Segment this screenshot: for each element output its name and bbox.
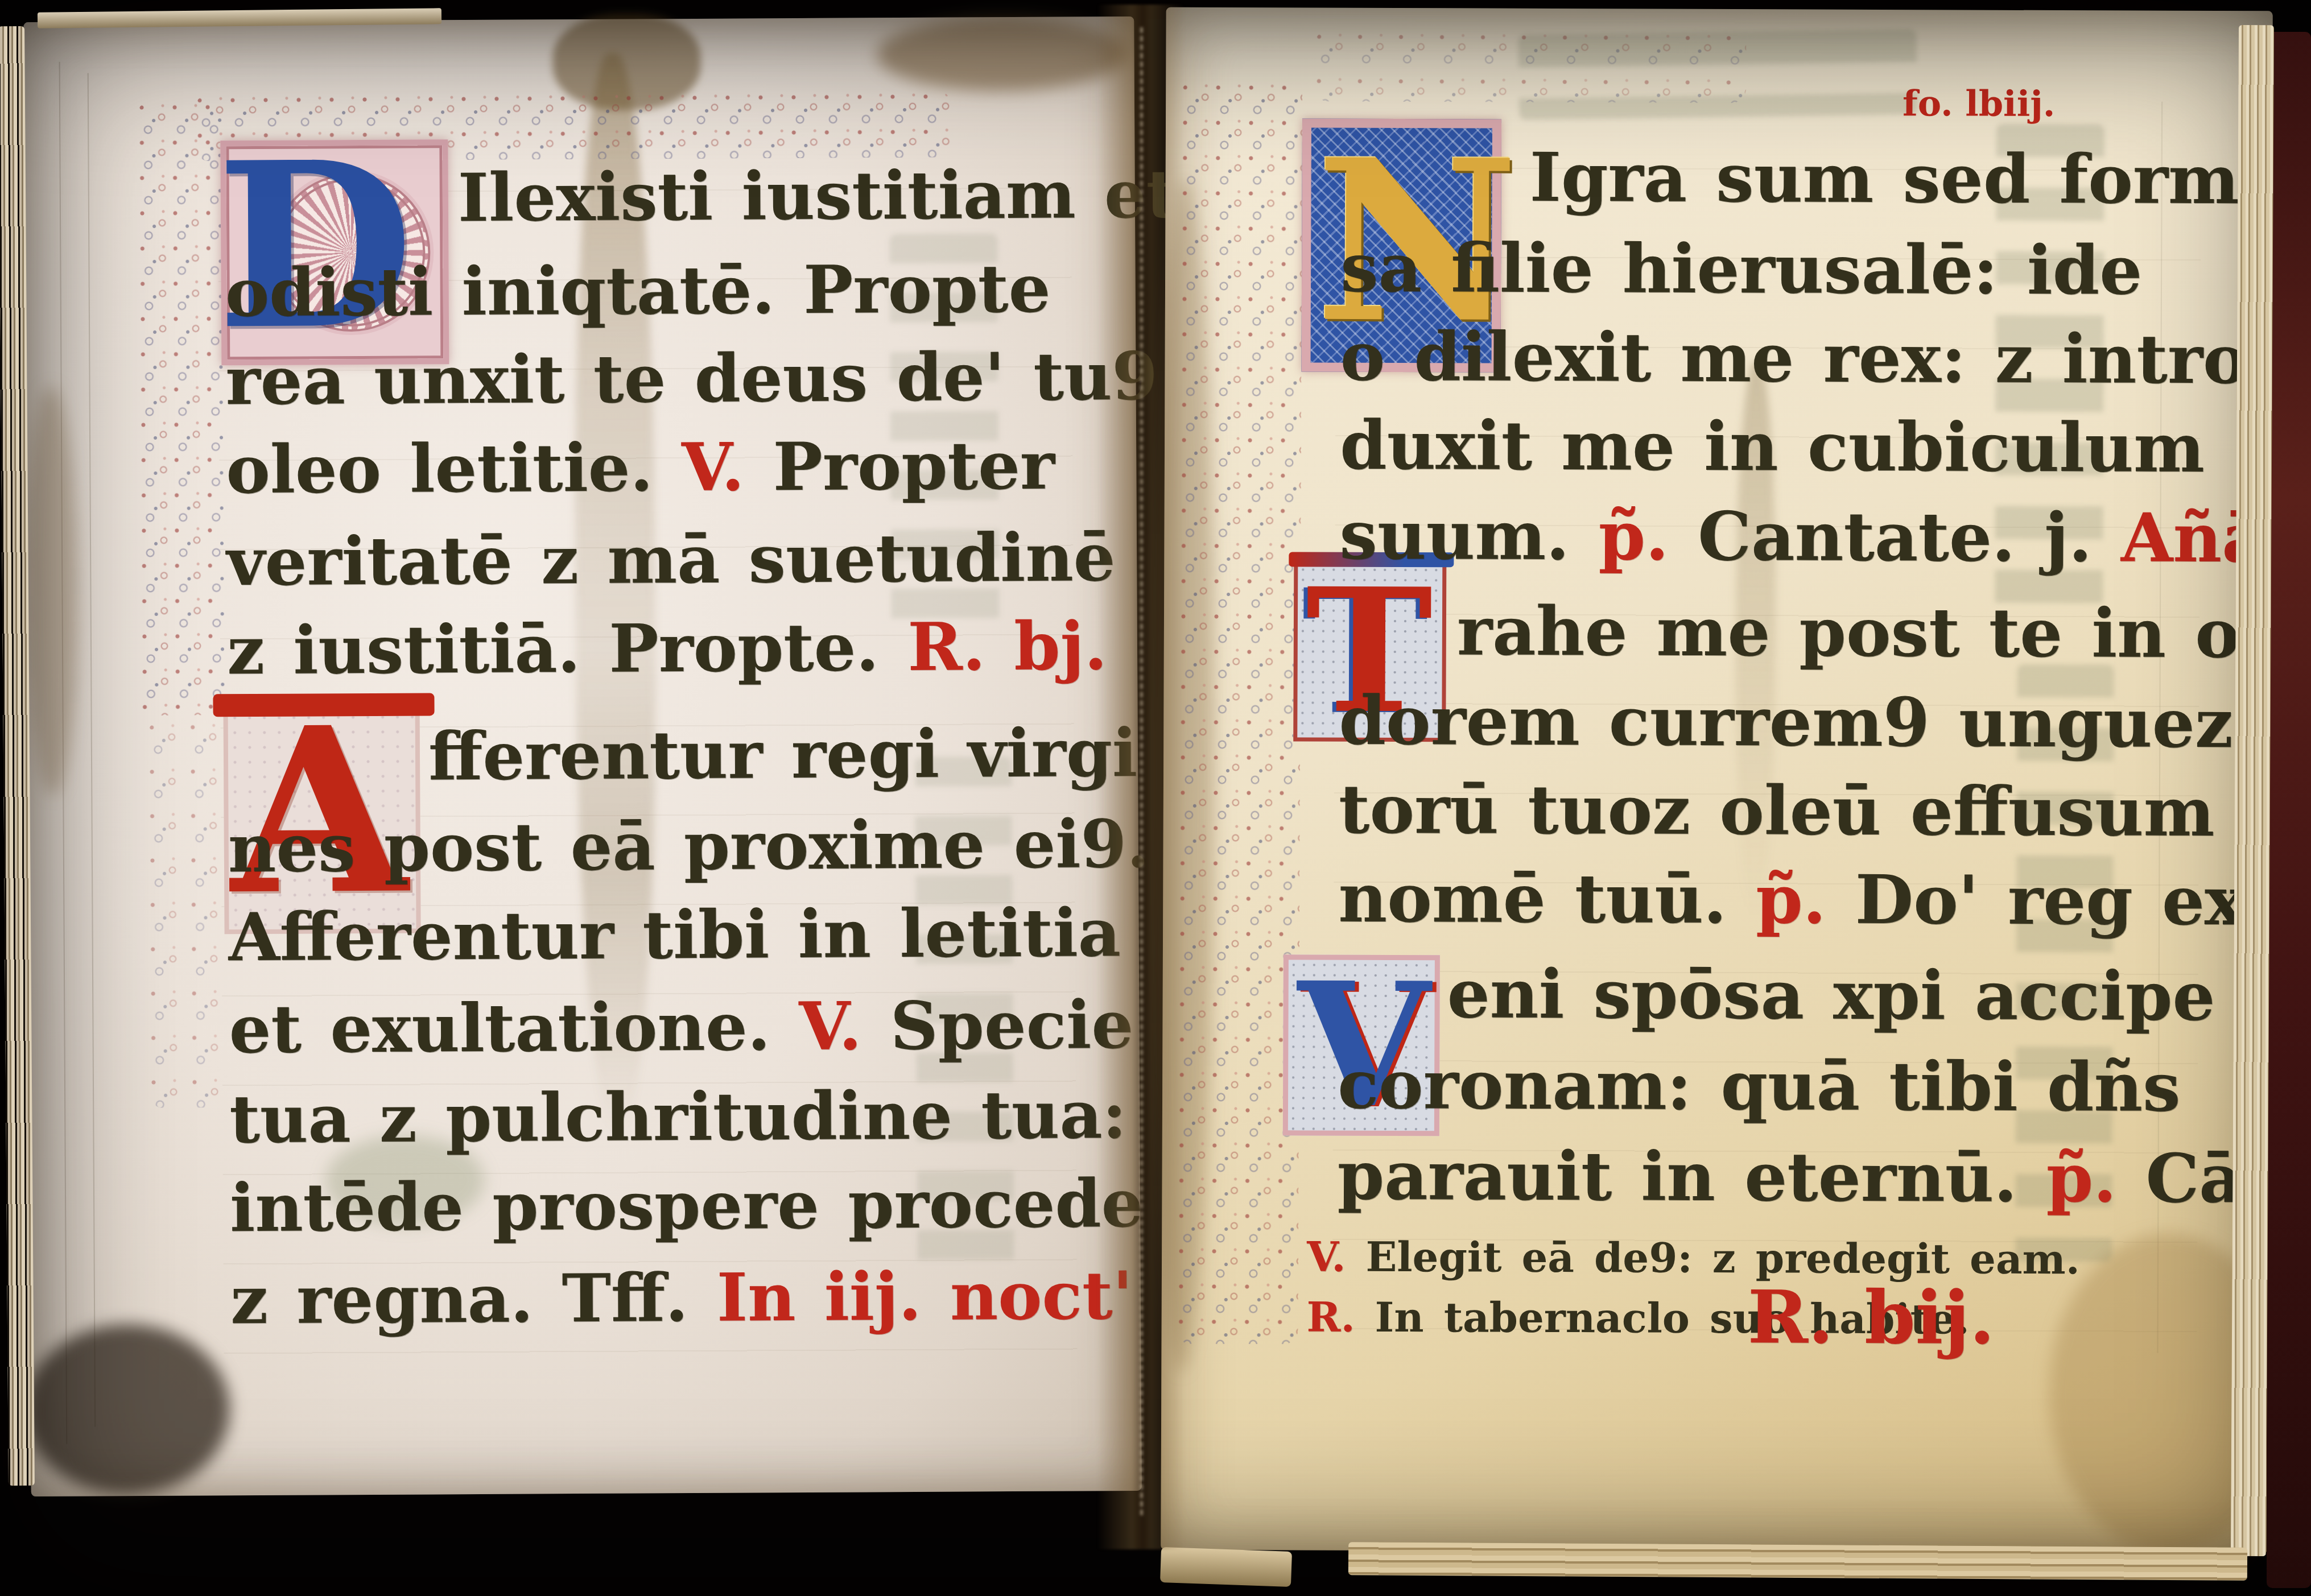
text-segment: Do' reg ex. xyxy=(1826,860,2297,941)
text-line: nes post eā proxime ei9. xyxy=(228,808,1150,886)
text-segment: Cantate. j. xyxy=(1669,497,2121,577)
text-segment: z iustitiā. Propte. xyxy=(227,609,908,689)
psalm-mark: p̃. xyxy=(2046,1138,2116,1217)
text-line: oleo letitie. V. Propter xyxy=(226,430,1055,507)
text-segment: veritatē z mā suetudinē xyxy=(226,519,1116,601)
versicle-mark: V. xyxy=(682,429,745,507)
stain xyxy=(26,386,79,796)
text-segment: oleo letitie. xyxy=(226,429,682,508)
text-line: duxit me in cubiculum xyxy=(1340,408,2205,485)
text-segment: eni spōsa xpi accipe xyxy=(1447,954,2215,1036)
page-stack-edge-bottom-center xyxy=(1160,1547,1292,1587)
versicle-line: V. Elegit eā de9: z predegit eam. xyxy=(1307,1234,2080,1281)
text-segment: dorem currem9 unguez xyxy=(1339,681,2233,763)
psalm-mark: p̃. xyxy=(1598,496,1669,575)
text-segment: o dilexit me rex: z intro xyxy=(1340,317,2248,399)
text-line: tua z pulchritudine tua: xyxy=(229,1079,1127,1156)
binding-stitches xyxy=(1140,27,1143,1515)
rubric-segment: R. bij. xyxy=(1747,1275,1995,1361)
book-cover-board xyxy=(2267,32,2311,1588)
text-segment: Afferentur tibi in letitia xyxy=(228,894,1121,976)
text-line: eni spōsa xpi accipe xyxy=(1447,957,2215,1033)
text-segment: rahe me post te in o xyxy=(1457,591,2240,673)
text-segment: duxit me in cubiculum xyxy=(1340,406,2205,487)
text-line: et exultatione. V. Specie xyxy=(229,989,1133,1066)
text-line: suum. p̃. Cantate. j. Añā. xyxy=(1339,498,2289,576)
text-segment: et exultatione. xyxy=(229,988,799,1068)
text-line: coronam: quā tibi dñs xyxy=(1338,1048,2181,1124)
text-line: o dilexit me rex: z intro xyxy=(1340,320,2248,396)
text-segment: nomē tuū. xyxy=(1338,858,1756,939)
filigree-border-left xyxy=(137,101,226,716)
psalm-mark: p̃. xyxy=(1756,859,1826,938)
text-segment: torū tuoz oleū effusum xyxy=(1339,770,2215,851)
folio-number: fo. lbiij. xyxy=(1903,82,2055,125)
text-segment: rea unxit te deus de' tu9 xyxy=(225,338,1158,420)
responsory-mark: R. xyxy=(1307,1292,1355,1341)
versicle-mark: V. xyxy=(799,987,862,1065)
text-segment: z regna. Tff. xyxy=(230,1259,717,1339)
text-segment: Specie xyxy=(861,986,1133,1065)
right-page: fo. lbiij. N T V Igra sum sed formo sa f… xyxy=(1161,7,2272,1554)
text-line: parauit in eternū. p̃. Cātat'. ij. xyxy=(1337,1139,2311,1217)
page-stack-edge-bottom xyxy=(1348,1542,2247,1581)
fold-line xyxy=(88,73,96,1427)
text-line: Ilexisti iustitiam et xyxy=(458,159,1177,235)
text-segment: sa filie hierusalē: ide xyxy=(1340,228,2143,310)
damaged-corner xyxy=(24,1324,230,1495)
text-segment: odisti iniqtatē. Propte xyxy=(225,250,1050,332)
text-segment: tua z pulchritudine tua: xyxy=(229,1076,1127,1158)
text-line: z iustitiā. Propte. R. bj. xyxy=(227,610,1107,688)
text-segment: Ilexisti iustitiam et xyxy=(457,156,1177,237)
text-line: intēde prospere procede xyxy=(230,1168,1144,1245)
text-line: veritatē z mā suetudinē xyxy=(226,522,1116,599)
text-segment: parauit in eternū. xyxy=(1337,1136,2046,1217)
filigree-border-top xyxy=(1314,31,1746,104)
filigree-border-left xyxy=(1176,81,1303,1345)
text-line: rahe me post te in o xyxy=(1457,594,2240,671)
text-segment: fferentur regi virgi xyxy=(428,714,1138,796)
versicle-mark: V. xyxy=(1307,1232,1346,1280)
text-line: sa filie hierusalē: ide xyxy=(1340,231,2143,308)
text-segment: intēde prospere procede xyxy=(230,1165,1144,1247)
text-segment: nes post eā proxime ei9. xyxy=(228,805,1149,887)
text-line: dorem currem9 unguez xyxy=(1339,684,2233,760)
text-segment: suum. xyxy=(1339,495,1599,576)
text-segment: Igra sum sed formo xyxy=(1529,138,2284,220)
book-gutter xyxy=(1097,5,1185,1549)
responsory-end-mark: R. bij. xyxy=(1747,1277,1995,1358)
text-line: fferentur regi virgi xyxy=(428,717,1138,793)
text-line: nomē tuū. p̃. Do' reg ex. ā. xyxy=(1338,861,2311,938)
manuscript-photo: D A Ilexisti iustitiam et odisti iniqtat… xyxy=(0,0,2311,1596)
text-line: odisti iniqtatē. Propte xyxy=(225,253,1050,330)
text-line: rea unxit te deus de' tu9 xyxy=(225,341,1158,418)
filigree-border-left-lower xyxy=(147,721,229,1108)
text-line: torū tuoz oleū effusum xyxy=(1339,772,2215,849)
responsory-mark: R. bj. xyxy=(907,607,1107,686)
text-line: Afferentur tibi in letitia xyxy=(228,897,1121,974)
text-line: Igra sum sed formo xyxy=(1529,140,2284,217)
text-segment: Propter xyxy=(744,427,1055,506)
left-page: D A Ilexisti iustitiam et odisti iniqtat… xyxy=(23,16,1142,1496)
stain xyxy=(877,16,1128,92)
text-segment: coronam: quā tibi dñs xyxy=(1338,1045,2181,1127)
